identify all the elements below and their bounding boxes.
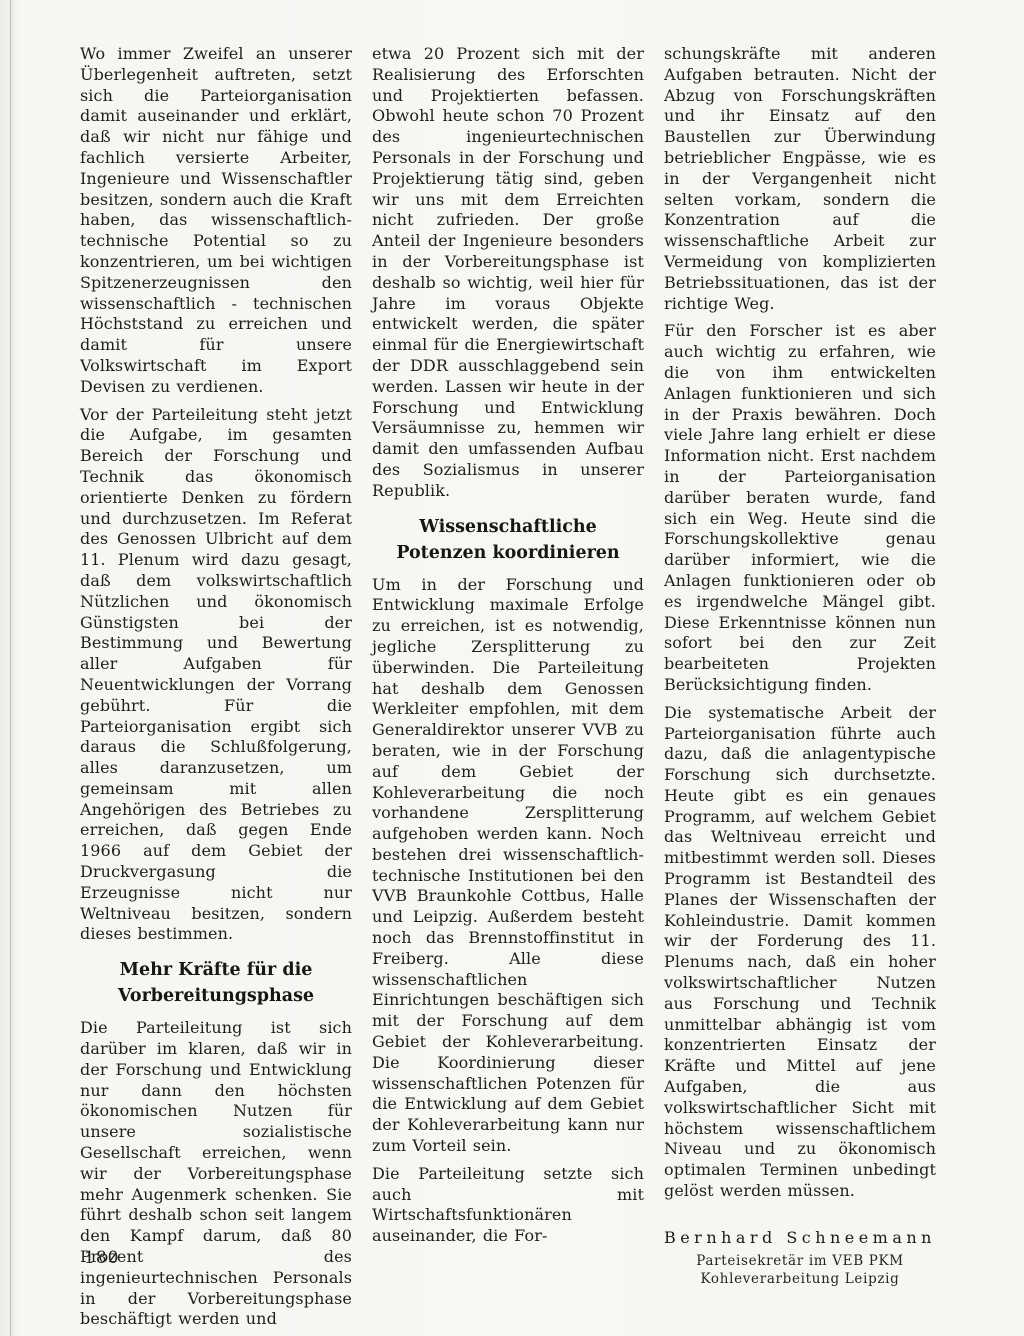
paragraph-middle-1: etwa 20 Prozent sich mit der Realisierun… [372, 44, 644, 502]
author-name: Bernhard Schneemann [664, 1228, 936, 1247]
author-title-line-2: Kohleverarbeitung Leipzig [678, 1270, 922, 1288]
column-left: Wo immer Zweifel an unserer Überlegenhei… [80, 44, 352, 1336]
signature-block: Bernhard Schneemann Parteisekretär im VE… [664, 1228, 936, 1288]
section-heading-potenzen-koordinieren: Wissenschaftliche Potenzen koordinieren [378, 514, 638, 566]
paragraph-middle-3: Die Parteileitung setzte sich auch mit W… [372, 1164, 644, 1247]
paragraph-middle-2: Um in der Forschung und Entwicklung maxi… [372, 575, 644, 1157]
page-gutter-line [10, 0, 11, 1336]
paragraph-right-1: schungskräfte mit anderen Aufgaben betra… [664, 44, 936, 314]
paragraph-left-1: Wo immer Zweifel an unserer Überlegenhei… [80, 44, 352, 398]
column-right: schungskräfte mit anderen Aufgaben betra… [664, 44, 936, 1336]
column-middle: etwa 20 Prozent sich mit der Realisierun… [372, 44, 644, 1336]
author-title: Parteisekretär im VEB PKM Kohleverarbeit… [664, 1252, 936, 1288]
page-number: 180 [84, 1248, 119, 1268]
paragraph-right-3: Die systematische Arbeit der Parteiorgan… [664, 703, 936, 1202]
paragraph-left-2: Vor der Parteileitung steht jetzt die Au… [80, 405, 352, 946]
section-heading-vorbereitungsphase: Mehr Kräfte für die Vorbereitungsphase [86, 957, 346, 1009]
scanned-document-page: Wo immer Zweifel an unserer Überlegenhei… [0, 0, 1024, 1336]
paragraph-left-3: Die Parteileitung ist sich darüber im kl… [80, 1018, 352, 1330]
paragraph-right-2: Für den Forscher ist es aber auch wichti… [664, 321, 936, 695]
author-title-line-1: Parteisekretär im VEB PKM [678, 1252, 922, 1270]
text-columns: Wo immer Zweifel an unserer Überlegenhei… [80, 44, 936, 1336]
